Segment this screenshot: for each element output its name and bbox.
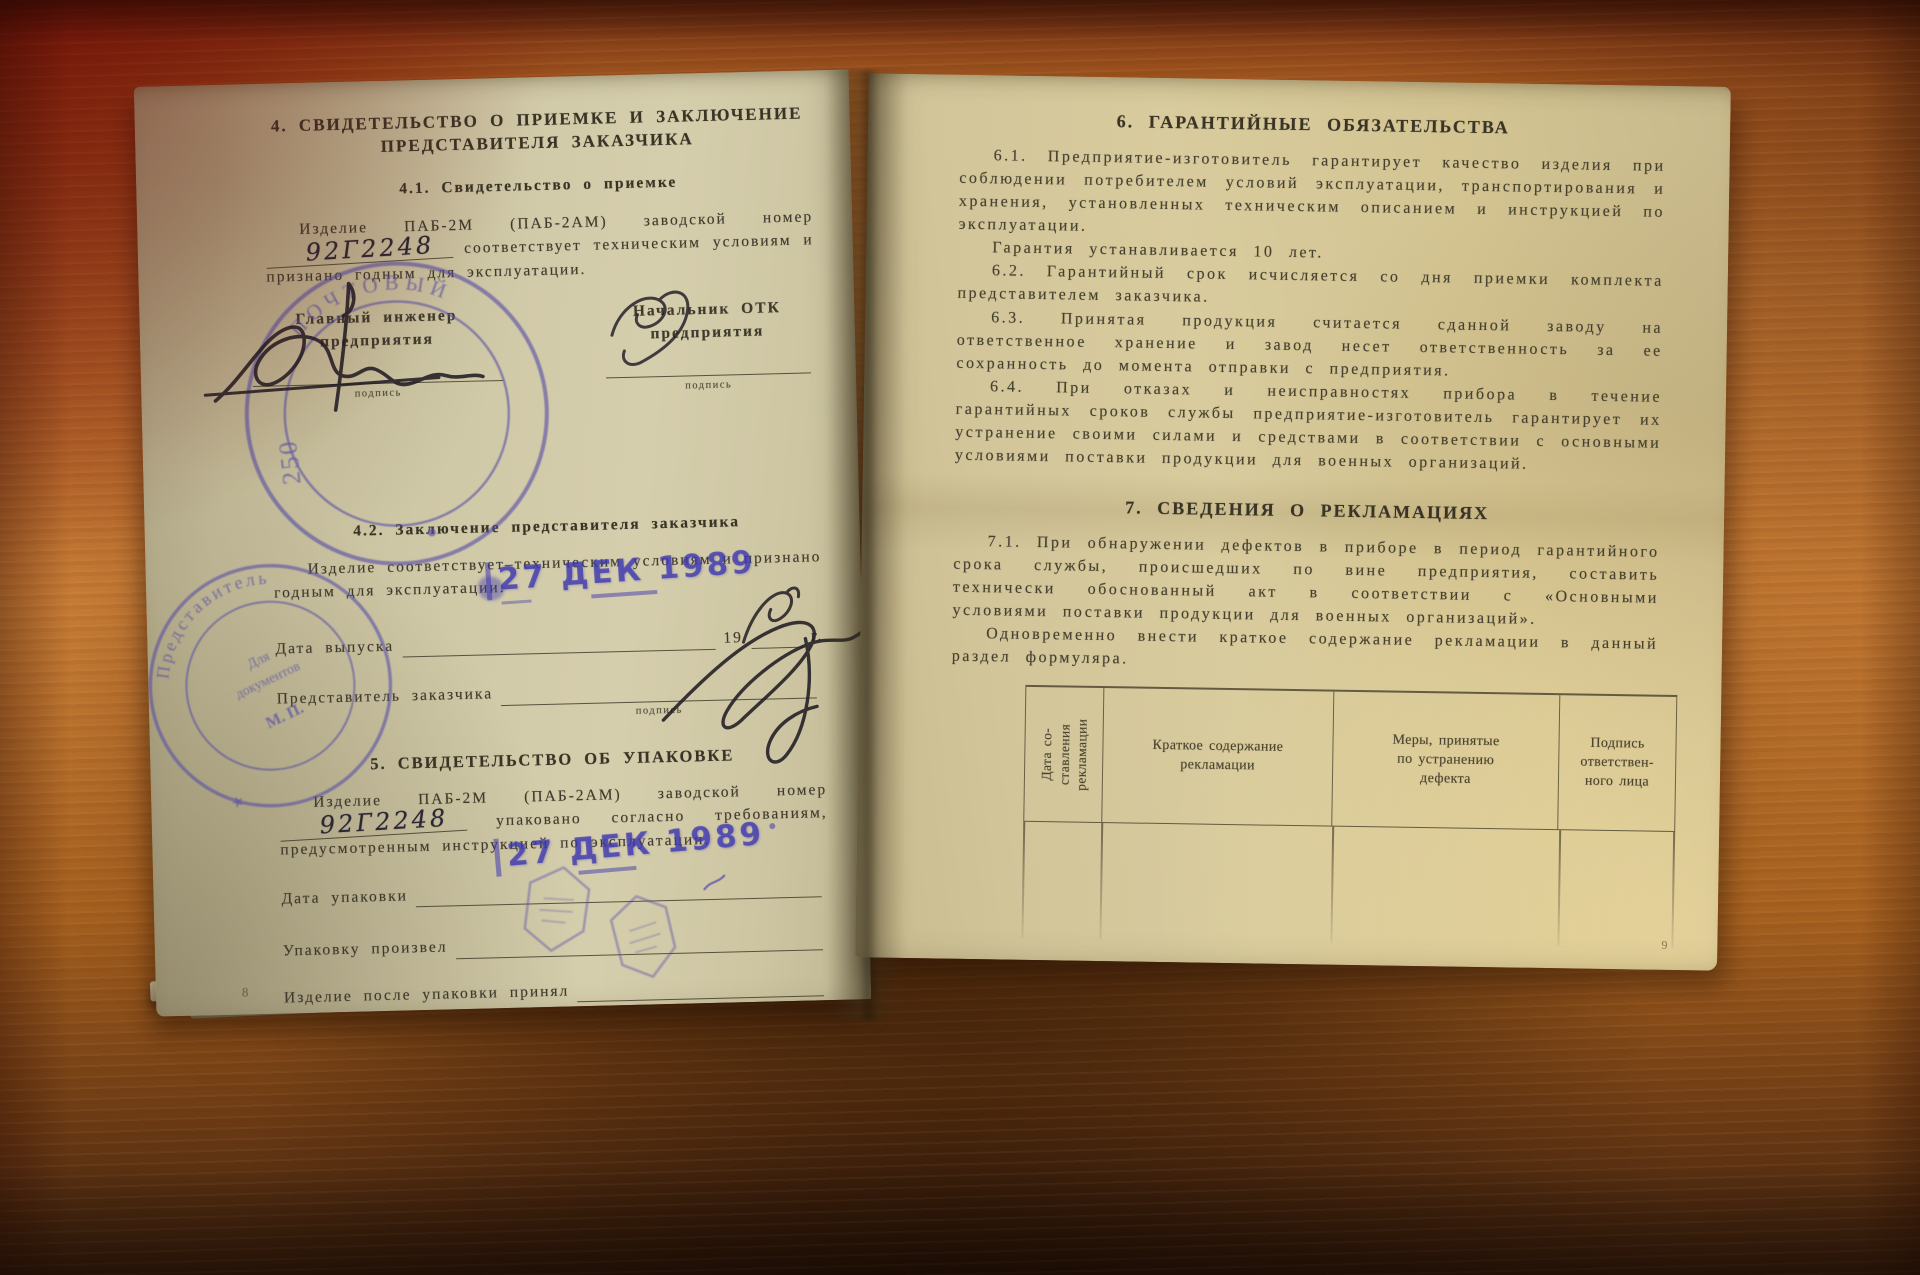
claims-p71: 7.1. При обнаружении дефектов в приборе …: [952, 530, 1659, 633]
section-5-heading: 5. СВИДЕТЕЛЬСТВО ОБ УПАКОВКЕ: [278, 742, 826, 778]
claims-col-date: Дата со- ставления рекламации: [1023, 687, 1103, 822]
signature-caption: подпись: [501, 699, 817, 722]
warranty-p64: 6.4. При отказах и неисправностях прибор…: [955, 374, 1662, 477]
release-date-row: Дата выпуска 19 г.: [275, 624, 823, 661]
packed-by-label: Упаковку произвел: [283, 936, 448, 963]
claims-col-measures: Меры, принятые по устранению дефекта: [1331, 692, 1559, 830]
claims-col-signature: Подпись ответствен- ного лица: [1557, 695, 1677, 831]
claims-table-header: Дата со- ставления рекламации Краткое со…: [1023, 685, 1677, 832]
svg-text:Представитель: Представитель: [137, 558, 294, 687]
warranty-p63: 6.3. Принятая продукция считается сданно…: [956, 305, 1663, 385]
ink-blot: [478, 576, 505, 601]
chief-engineer-signature-line: [252, 350, 503, 387]
serial-number-handwritten: 92Г2248: [265, 234, 453, 269]
stamp2-star: ★: [229, 793, 248, 813]
left-page: 4. СВИДЕТЕЛЬСТВО О ПРИЕМКЕ И ЗАКЛЮЧЕНИЕ …: [134, 69, 872, 1016]
claims-col-content: Краткое содержание рекламации: [1101, 688, 1333, 826]
table-column-line: [1021, 822, 1024, 938]
stamp2-line1: Для: [245, 649, 273, 673]
release-date-blank-line: [402, 629, 716, 658]
table-column-line: [1099, 823, 1102, 939]
otk-chief-block: Начальник ОТК предприятия подпись: [604, 296, 811, 396]
year-suffix: г.: [811, 624, 824, 648]
representative-signature-line: подпись: [501, 677, 817, 706]
table-column-line: [1557, 830, 1560, 946]
right-page: 6. ГАРАНТИЙНЫЕ ОБЯЗАТЕЛЬСТВА 6.1. Предпр…: [855, 73, 1731, 970]
packing-date-row: Дата упаковки: [281, 874, 829, 911]
warranty-p61: 6.1. Предприятие-изготовитель гарантируе…: [958, 144, 1665, 247]
packing-date-blank-line: [416, 876, 822, 907]
right-page-content: 6. ГАРАНТИЙНЫЕ ОБЯЗАТЕЛЬСТВА 6.1. Предпр…: [947, 107, 1666, 948]
packing-date-label: Дата упаковки: [281, 884, 408, 910]
section-4-2-heading: 4.2. Заключение представителя заказчика: [272, 509, 820, 546]
table-column-line: [1671, 832, 1674, 948]
table-column-line: [1330, 827, 1333, 943]
signature-caption: подпись: [253, 383, 503, 405]
serial-number-handwritten-2: 92Г2248: [279, 807, 467, 842]
left-page-number: 8: [242, 984, 249, 1000]
acceptance-paragraph: Изделие ПАБ-2М (ПАБ-2АМ) заводской номер…: [265, 205, 815, 288]
photo-of-open-booklet: 4. СВИДЕТЕЛЬСТВО О ПРИЕМКЕ И ЗАКЛЮЧЕНИЕ …: [0, 0, 1920, 1275]
section-7-title: 7. СВЕДЕНИЯ О РЕКЛАМАЦИЯХ: [954, 492, 1660, 527]
booklet-center-fold: [826, 70, 906, 1020]
claims-table: Дата со- ставления рекламации Краткое со…: [1021, 685, 1677, 948]
signature-caption: подпись: [606, 375, 811, 396]
section-4-title: 4. СВИДЕТЕЛЬСТВО О ПРИЕМКЕ И ЗАКЛЮЧЕНИЕ …: [262, 102, 811, 161]
release-date-label: Дата выпуска: [275, 635, 394, 661]
otk-chief-label: Начальник ОТК предприятия: [604, 296, 810, 347]
claims-table-empty-body: [1021, 822, 1675, 948]
section-4-1-heading: 4.1. Свидетельство о приемке: [264, 167, 812, 204]
accepted-after-packing-label: Изделие после упаковки принял: [284, 979, 570, 1009]
signature-blocks-row: Главный инженер предприятия подпись Нача…: [267, 296, 817, 405]
representative-row: Представитель заказчика подпись: [276, 675, 824, 712]
accepted-blank-line: [577, 975, 824, 1002]
section-6-title: 6. ГАРАНТИЙНЫЕ ОБЯЗАТЕЛЬСТВА: [960, 107, 1666, 142]
chief-engineer-block: Главный инженер предприятия подпись: [251, 303, 503, 404]
representative-label: Представитель заказчика: [276, 683, 493, 712]
packed-by-blank-line: [455, 929, 823, 959]
year-blank-line: [751, 627, 804, 649]
packed-by-row: Упаковку произвел: [283, 926, 831, 963]
claims-p71b: Одновременно внести краткое содержание р…: [952, 622, 1659, 679]
stamp2-ring-text: Представитель: [137, 558, 294, 687]
chief-engineer-label: Главный инженер предприятия: [251, 303, 502, 356]
right-page-number: 9: [1661, 938, 1667, 953]
otk-signature-line: [605, 342, 811, 378]
year-prefix: 19: [723, 626, 743, 650]
